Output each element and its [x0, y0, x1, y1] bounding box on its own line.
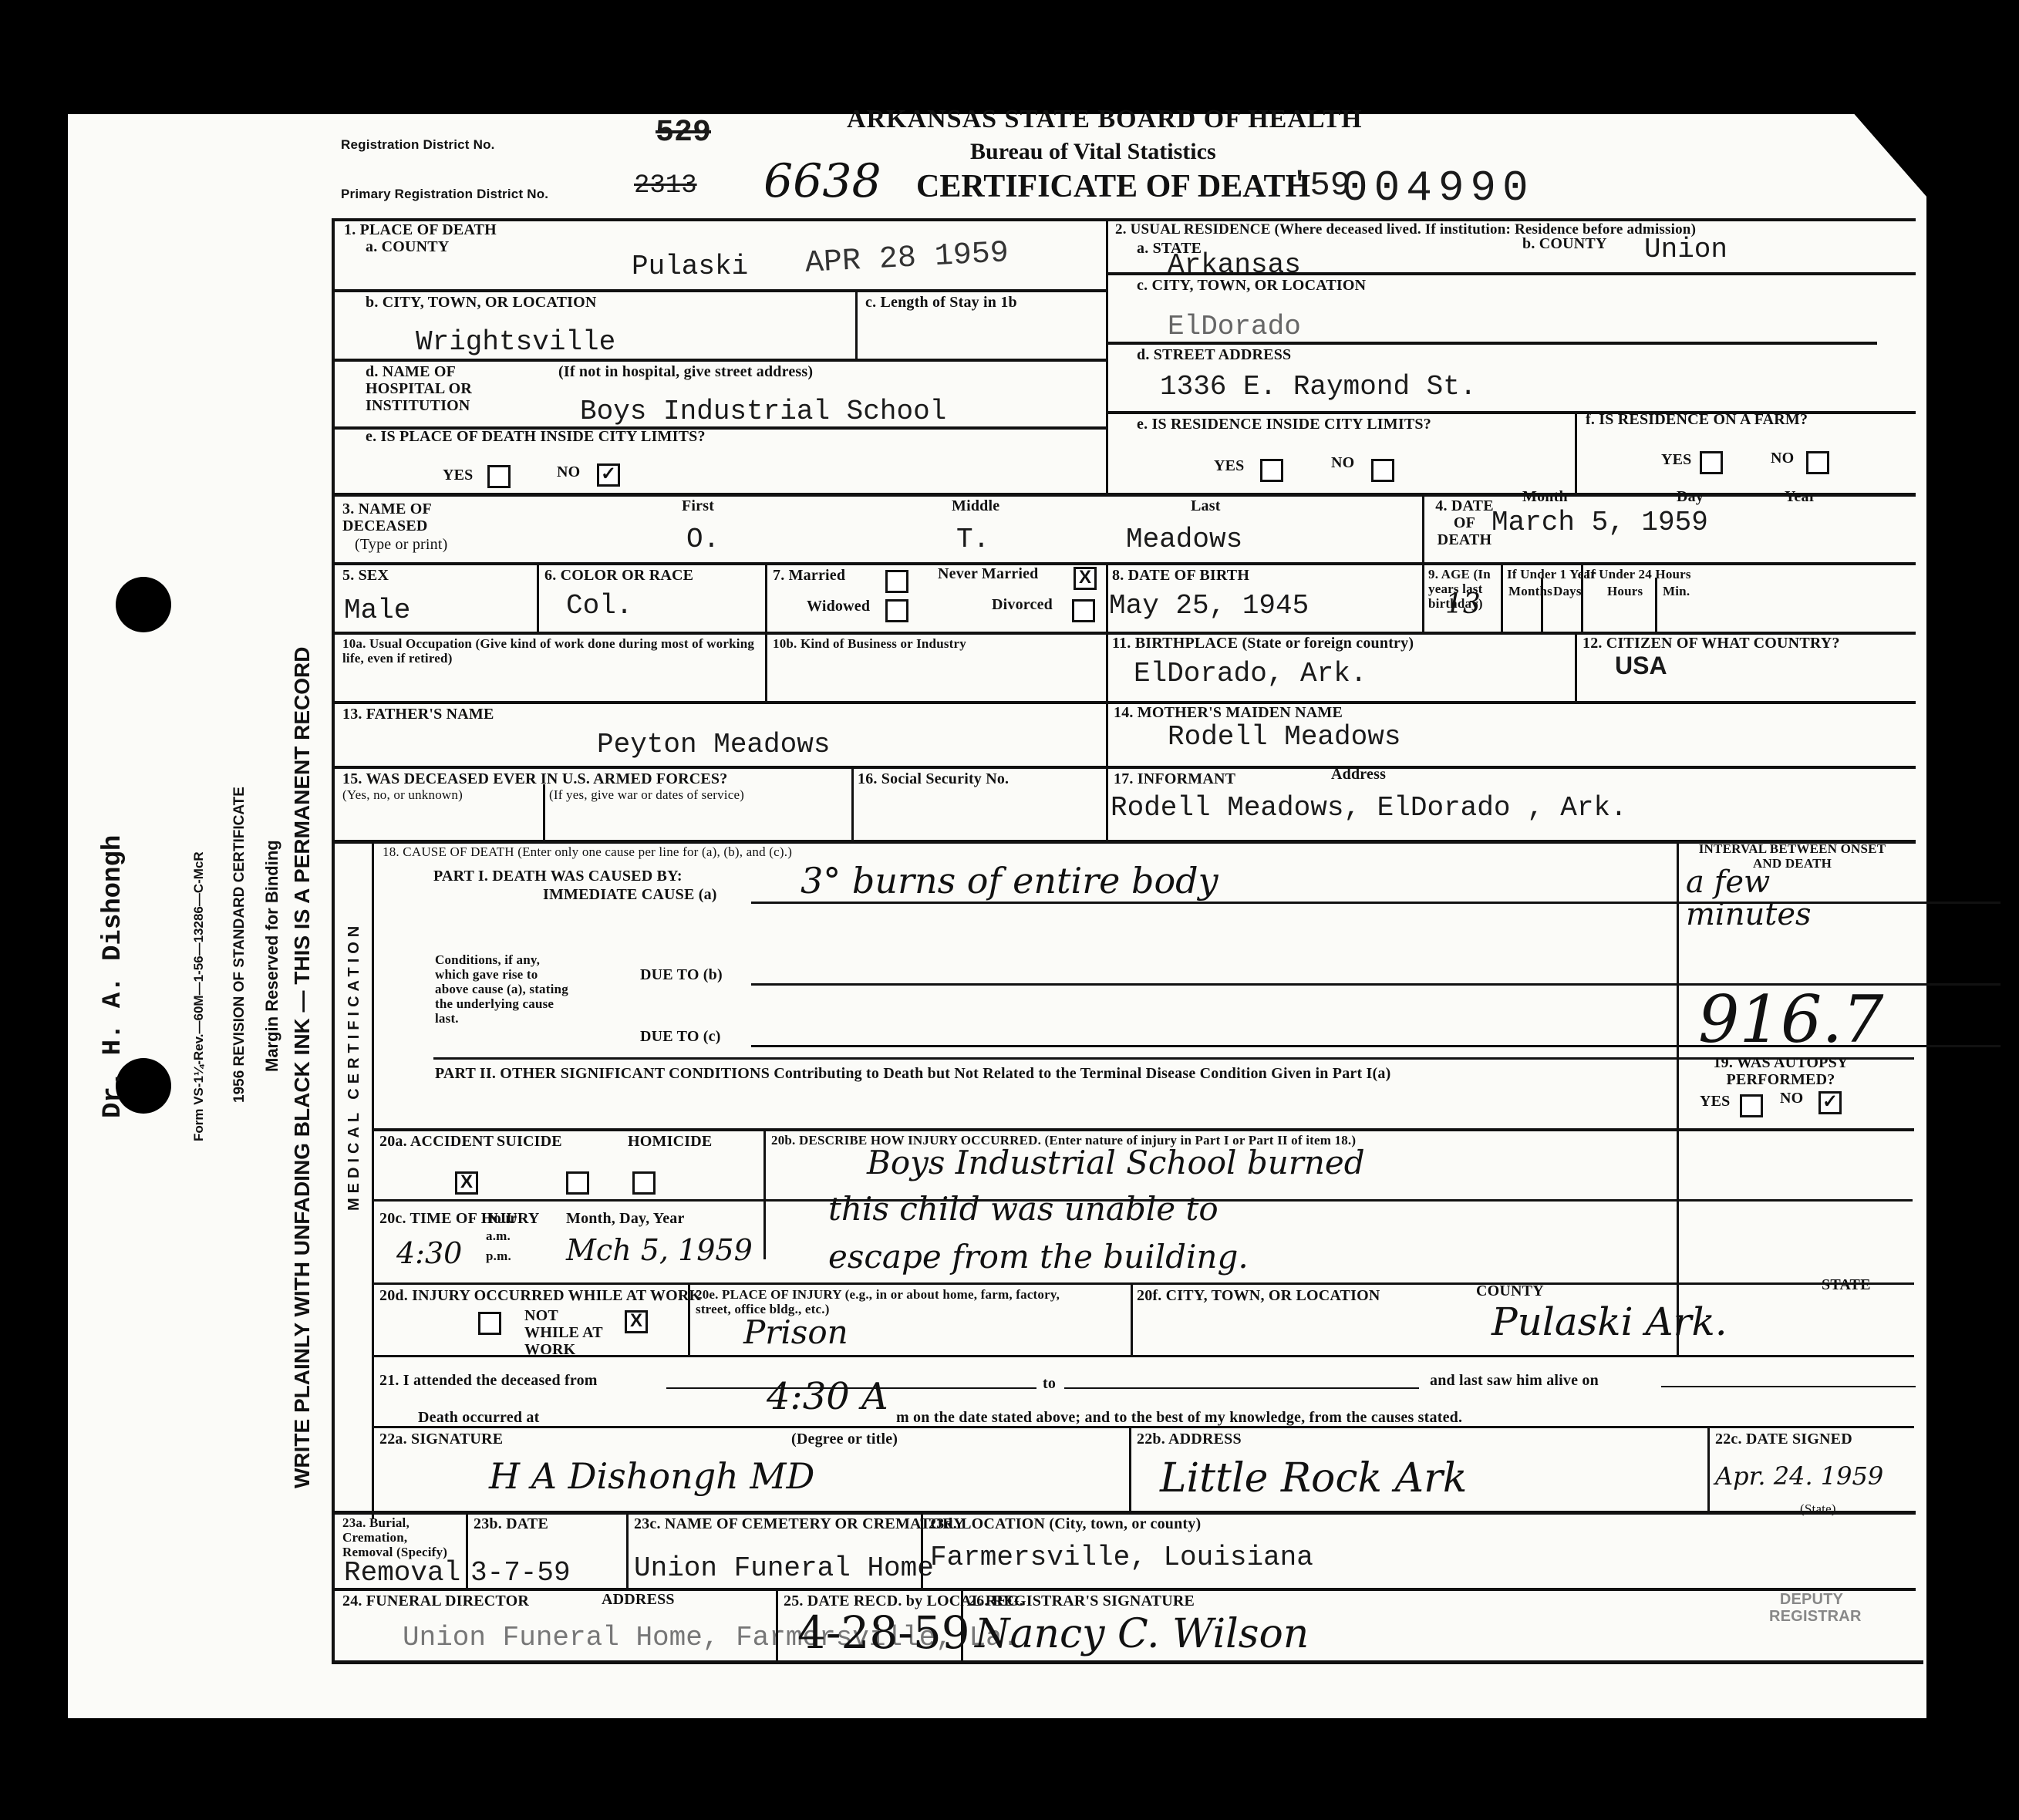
immediate-cause-value: 3° burns of entire body	[801, 860, 1218, 902]
degree-label: (Degree or title)	[791, 1431, 898, 1448]
certificate-form: 1. PLACE OF DEATH a. COUNTY Pulaski APR …	[332, 218, 1923, 1664]
mother-name: Rodell Meadows	[1168, 721, 1400, 753]
married-label: 7. Married	[773, 567, 845, 584]
place-of-death-label: 1. PLACE OF DEATH	[344, 221, 497, 238]
signature-label: 22a. SIGNATURE	[379, 1431, 503, 1448]
death-occurred-label: Death occurred at	[418, 1409, 539, 1426]
accident-label: 20a. ACCIDENT	[379, 1133, 494, 1150]
institution-label: d. NAME OF HOSPITAL OR INSTITUTION	[366, 363, 474, 414]
death-city: Wrightsville	[416, 326, 615, 358]
am-label: a.m.	[486, 1228, 511, 1243]
physician-address-label: 22b. ADDRESS	[1137, 1431, 1242, 1448]
sex-value: Male	[344, 595, 410, 626]
middle-label: Middle	[952, 497, 999, 514]
mother-label: 14. MOTHER'S MAIDEN NAME	[1114, 704, 1343, 721]
homicide-checkbox[interactable]	[632, 1171, 656, 1195]
deceased-first-name: O.	[686, 524, 720, 555]
widowed-label: Widowed	[807, 598, 870, 615]
father-label: 13. FATHER'S NAME	[342, 706, 494, 723]
injury-location: Pulaski Ark.	[1491, 1299, 1727, 1344]
ink-instruction: WRITE PLAINLY WITH UNFADING BLACK INK — …	[290, 647, 315, 1489]
due-to-c-label: DUE TO (c)	[640, 1028, 721, 1045]
due-to-b-label: DUE TO (b)	[640, 966, 723, 983]
deceased-middle-name: T.	[956, 524, 989, 555]
residence-city: ElDorado	[1168, 311, 1301, 342]
conditions-note: Conditions, if any, which gave rise to a…	[435, 952, 574, 1026]
injury-time: 4:30	[396, 1236, 462, 1270]
last-saw-label: and last saw him alive on	[1430, 1372, 1599, 1389]
how-injury-line: escape from the building.	[828, 1238, 1249, 1276]
industry-label: 10b. Kind of Business or Industry	[773, 636, 966, 651]
attended-label: 21. I attended the deceased from	[379, 1372, 598, 1389]
binding-note: Margin Reserved for Binding	[262, 840, 282, 1072]
residence-state: Arkansas	[1168, 249, 1301, 281]
reg-district-label: Registration District No.	[341, 137, 495, 152]
immediate-cause-label: IMMEDIATE CAUSE (a)	[543, 886, 717, 903]
certificate-number: 004990	[1342, 163, 1535, 213]
father-name: Peyton Meadows	[597, 729, 830, 760]
paper-corner-cut	[1835, 93, 1943, 216]
death-time: 4:30 A	[767, 1375, 888, 1418]
divorced-checkbox[interactable]	[1072, 599, 1095, 622]
usual-residence-label: 2. USUAL RESIDENCE (Where deceased lived…	[1115, 221, 1696, 238]
hour-label: Hour	[481, 1210, 517, 1227]
suicide-checkbox[interactable]	[566, 1171, 589, 1195]
informant-label: 17. INFORMANT	[1114, 770, 1235, 787]
yes-label: YES	[443, 467, 474, 484]
dob-label: 8. DATE OF BIRTH	[1112, 567, 1249, 584]
yes-label: YES	[1700, 1093, 1731, 1110]
reg-district-value: 529	[656, 116, 711, 150]
days-label: Days	[1553, 584, 1582, 598]
date-of-birth: May 25, 1945	[1109, 590, 1309, 622]
interval-value: a few minutes	[1686, 866, 1879, 931]
primary-reg-district-value: 6638	[763, 154, 881, 208]
pm-label: p.m.	[486, 1249, 511, 1263]
funeral-director-label: 24. FUNERAL DIRECTOR	[342, 1592, 529, 1609]
disposition-date: 3-7-59	[470, 1557, 571, 1589]
how-injury-line: this child was unable to	[828, 1190, 1218, 1228]
cause-code: 916.7	[1698, 982, 1883, 1057]
no-label: NO	[1331, 454, 1354, 471]
yes-label: YES	[1661, 451, 1692, 468]
injury-state-label: STATE	[1822, 1276, 1871, 1293]
disposition-method-label: 23a. Burial, Cremation, Removal (Specify…	[342, 1515, 458, 1559]
race-value: Col.	[566, 590, 632, 622]
last-label: Last	[1191, 497, 1221, 514]
agency-name: ARKANSAS STATE BOARD OF HEALTH	[847, 105, 1363, 134]
citizen-value: USA	[1615, 652, 1667, 680]
physician-signature: H A Dishongh MD	[489, 1455, 814, 1497]
revision-note: 1956 REVISION OF STANDARD CERTIFICATE	[231, 787, 248, 1103]
first-label: First	[682, 497, 714, 514]
injury-date: Mch 5, 1959	[566, 1233, 753, 1267]
never-married-label: Never Married	[938, 565, 1039, 582]
year-label: Year	[1785, 488, 1816, 505]
physician-stamp: Dr. H. A. Dishongh	[99, 835, 128, 1118]
death-date-label: 4. DATE OF DEATH	[1430, 497, 1499, 548]
death-county: Pulaski	[632, 251, 748, 282]
place-of-injury: Prison	[743, 1313, 848, 1351]
stay-label: c. Length of Stay in 1b	[865, 294, 1017, 311]
part1-label: PART I. DEATH WAS CAUSED BY:	[433, 868, 683, 885]
date-label: Month, Day, Year	[566, 1210, 685, 1227]
ssn-label: 16. Social Security No.	[858, 770, 1009, 787]
sex-label: 5. SEX	[342, 567, 389, 584]
certificate-title: CERTIFICATE OF DEATH	[916, 168, 1310, 205]
autopsy-yes-checkbox[interactable]	[1740, 1094, 1763, 1117]
institution-hint: (If not in hospital, give street address…	[558, 363, 813, 380]
registrar-signature: Nancy C. Wilson	[975, 1611, 1309, 1657]
date-signed-label: 22c. DATE SIGNED	[1715, 1431, 1852, 1448]
punch-hole-icon	[116, 577, 171, 632]
death-occurred-suffix: m on the date stated above; and to the b…	[896, 1409, 1462, 1426]
farm-no-checkbox[interactable]	[1806, 451, 1829, 474]
autopsy-no-checkbox[interactable]: ✓	[1818, 1091, 1842, 1114]
primary-reg-district-label: Primary Registration District No.	[341, 187, 548, 201]
farm-label: f. IS RESIDENCE ON A FARM?	[1586, 411, 1808, 428]
physician-address: Little Rock Ark	[1160, 1455, 1467, 1501]
no-label: NO	[557, 463, 580, 480]
residence-inside-no-checkbox[interactable]	[1371, 459, 1394, 482]
informant-address-label: Address	[1331, 766, 1386, 783]
month-label: Month	[1522, 488, 1568, 505]
funeral-director-address-label: ADDRESS	[602, 1591, 675, 1608]
cemetery-name: Union Funeral Home	[634, 1552, 934, 1584]
place-of-injury-label: 20e. PLACE OF INJURY (e.g., in or about …	[696, 1287, 1066, 1316]
race-label: 6. COLOR OR RACE	[544, 567, 693, 584]
no-label: NO	[1780, 1090, 1803, 1107]
death-city-label: b. CITY, TOWN, OR LOCATION	[366, 294, 597, 311]
deputy-registrar-stamp: DEPUTY REGISTRAR	[1769, 1591, 1854, 1625]
part2-label: PART II. OTHER SIGNIFICANT CONDITIONS Co…	[435, 1065, 1390, 1082]
name-hint: (Type or print)	[355, 536, 447, 553]
no-label: NO	[1771, 450, 1794, 467]
residence-inside-limits-label: e. IS RESIDENCE INSIDE CITY LIMITS?	[1137, 416, 1431, 433]
while-at-work-checkbox[interactable]	[478, 1312, 501, 1335]
registrar-signature-label: 26. REGISTRAR'S SIGNATURE	[969, 1592, 1195, 1609]
cemetery-label: 23c. NAME OF CEMETERY OR CREMATORY	[634, 1515, 965, 1532]
death-date: March 5, 1959	[1491, 507, 1708, 538]
min-label: Min.	[1663, 584, 1690, 598]
residence-inside-yes-checkbox[interactable]	[1260, 459, 1283, 482]
suicide-label: SUICIDE	[497, 1133, 562, 1150]
bureau-name: Bureau of Vital Statistics	[970, 139, 1216, 165]
autopsy-label: 19. WAS AUTOPSY PERFORMED?	[1692, 1054, 1869, 1088]
day-label: Day	[1677, 488, 1704, 505]
disposition-method: Removal	[344, 1557, 460, 1589]
form-code: Form VS-1¼-Rev.—60M—1-56—13286—C-McR	[191, 851, 207, 1141]
deceased-last-name: Meadows	[1126, 524, 1242, 555]
received-stamp: APR 28 1959	[804, 236, 1009, 281]
injury-location-label: 20f. CITY, TOWN, OR LOCATION	[1137, 1287, 1380, 1304]
inside-limits-label: e. IS PLACE OF DEATH INSIDE CITY LIMITS?	[366, 428, 706, 445]
name-label: 3. NAME OF DECEASED	[342, 501, 474, 534]
months-label: Months	[1508, 584, 1552, 598]
cemetery-location-label: 23d. LOCATION (City, town, or county)	[929, 1515, 1201, 1532]
inside-limits-yes-checkbox[interactable]	[487, 465, 511, 488]
not-while-at-work-checkbox[interactable]: X	[625, 1310, 648, 1333]
institution-name: Boys Industrial School	[580, 396, 946, 427]
service-dates-hint: (If yes, give war or dates of service)	[549, 787, 744, 802]
primary-reg-district-struck: 2313	[634, 171, 697, 201]
under-24-hours-label: If Under 24 Hours	[1586, 567, 1691, 581]
residence-city-label: c. CITY, TOWN, OR LOCATION	[1137, 277, 1366, 294]
cause-of-death-label: 18. CAUSE OF DEATH (Enter only one cause…	[383, 844, 792, 859]
residence-county-label: b. COUNTY	[1522, 235, 1607, 252]
married-checkbox[interactable]	[885, 570, 908, 593]
how-injury-line: Boys Industrial School burned	[867, 1144, 1365, 1181]
homicide-label: HOMICIDE	[628, 1133, 712, 1150]
inside-limits-no-checkbox[interactable]: ✓	[597, 463, 620, 487]
armed-forces-label: 15. WAS DECEASED EVER IN U.S. ARMED FORC…	[342, 770, 727, 787]
armed-forces-hint: (Yes, no, or unknown)	[342, 787, 463, 802]
divorced-label: Divorced	[992, 596, 1053, 613]
street-label: d. STREET ADDRESS	[1137, 346, 1291, 363]
accident-checkbox[interactable]: X	[455, 1171, 478, 1195]
occupation-label: 10a. Usual Occupation (Give kind of work…	[342, 636, 759, 666]
age-value: 13	[1445, 588, 1481, 620]
widowed-checkbox[interactable]	[885, 599, 908, 622]
while-at-work-label: 20d. INJURY OCCURRED WHILE AT WORK	[379, 1287, 701, 1304]
hours-label: Hours	[1607, 584, 1643, 598]
birthplace-label: 11. BIRTHPLACE (State or foreign country…	[1112, 635, 1414, 652]
farm-yes-checkbox[interactable]	[1700, 451, 1723, 474]
citizen-label: 12. CITIZEN OF WHAT COUNTRY?	[1583, 635, 1840, 652]
residence-county: Union	[1644, 234, 1727, 265]
residence-street: 1336 E. Raymond St.	[1160, 371, 1476, 403]
injury-county-label: COUNTY	[1476, 1282, 1544, 1299]
date-received: 4-28-59	[797, 1606, 970, 1659]
disposition-date-label: 23b. DATE	[474, 1515, 548, 1532]
yes-label: YES	[1214, 457, 1245, 474]
never-married-checkbox[interactable]: X	[1074, 567, 1097, 590]
county-label: a. COUNTY	[366, 238, 449, 255]
birthplace-value: ElDorado, Ark.	[1134, 658, 1367, 689]
cemetery-location: Farmersville, Louisiana	[930, 1542, 1313, 1573]
to-label: to	[1043, 1375, 1056, 1392]
date-signed: Apr. 24. 1959	[1715, 1461, 1883, 1491]
not-while-at-work-label: NOT WHILE AT WORK	[524, 1307, 609, 1358]
informant-value: Rodell Meadows, ElDorado , Ark.	[1111, 792, 1627, 824]
